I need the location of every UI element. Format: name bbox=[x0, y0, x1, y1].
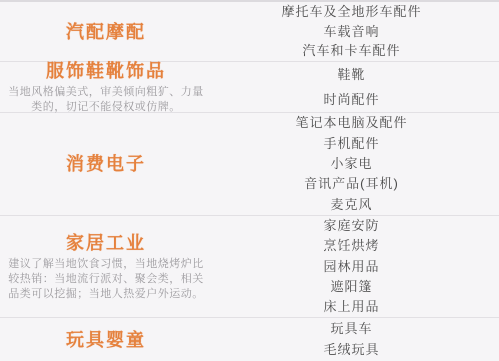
subcategory-row: 毛绒玩具 bbox=[212, 340, 491, 361]
subcategory-label: 床上用品 bbox=[323, 299, 379, 315]
category-table: 汽配摩配 摩托车及全地形车配件 车载音响 汽车和卡车配件 服饰鞋靴饰品 当地风格… bbox=[0, 0, 499, 361]
subcategory-label: 玩具车 bbox=[330, 321, 372, 337]
subcategory-label: 园林用品 bbox=[323, 259, 379, 275]
subcategory-row: 笔记本电脑及配件 bbox=[212, 113, 491, 133]
subcategory-cell: 家庭安防 烹饪烘烤 园林用品 遮阳篷 床上用品 bbox=[212, 216, 499, 317]
subcategory-label: 鞋靴 bbox=[337, 67, 365, 83]
subcategory-row: 床上用品 bbox=[212, 297, 491, 317]
subcategory-cell: 笔记本电脑及配件 手机配件 小家电 音讯产品(耳机) 麦克风 bbox=[212, 113, 499, 215]
category-title: 消费电子 bbox=[66, 153, 146, 175]
subcategory-row: 时尚配件 bbox=[212, 87, 491, 112]
subcategory-row: 车载音响 bbox=[212, 22, 491, 42]
subcategory-label: 毛绒玩具 bbox=[323, 342, 379, 358]
subcategory-row: 遮阳篷 bbox=[212, 277, 491, 297]
category-note: 建议了解当地饮食习惯，当地烧烤炉比较热销：当地流行派对、聚会类，相关品类可以挖掘… bbox=[4, 257, 208, 302]
subcategory-row: 鞋靴 bbox=[212, 62, 491, 87]
subcategory-label: 家庭安防 bbox=[323, 218, 379, 234]
subcategory-row: 小家电 bbox=[212, 154, 491, 174]
subcategory-label: 汽车和卡车配件 bbox=[302, 43, 400, 59]
category-cell: 家居工业 建议了解当地饮食习惯，当地烧烤炉比较热销：当地流行派对、聚会类，相关品… bbox=[0, 216, 212, 317]
subcategory-cell: 玩具车 毛绒玩具 bbox=[212, 318, 499, 361]
category-title: 汽配摩配 bbox=[66, 21, 146, 43]
subcategory-label: 摩托车及全地形车配件 bbox=[281, 4, 421, 20]
subcategory-label: 遮阳篷 bbox=[330, 279, 372, 295]
subcategory-row: 音讯产品(耳机) bbox=[212, 174, 491, 194]
subcategory-row: 家庭安防 bbox=[212, 216, 491, 236]
category-group: 家居工业 建议了解当地饮食习惯，当地烧烤炉比较热销：当地流行派对、聚会类，相关品… bbox=[0, 216, 499, 318]
category-group: 消费电子 笔记本电脑及配件 手机配件 小家电 音讯产品(耳机) 麦克风 bbox=[0, 113, 499, 216]
subcategory-row: 园林用品 bbox=[212, 256, 491, 276]
category-cell: 消费电子 bbox=[0, 113, 212, 215]
category-cell: 玩具婴童 bbox=[0, 318, 212, 361]
subcategory-row: 手机配件 bbox=[212, 133, 491, 153]
category-title: 玩具婴童 bbox=[66, 329, 146, 351]
subcategory-row: 麦克风 bbox=[212, 195, 491, 215]
category-cell: 汽配摩配 bbox=[0, 2, 212, 61]
subcategory-cell: 鞋靴 时尚配件 bbox=[212, 62, 499, 112]
category-note: 当地风格偏美式，审美倾向粗犷、力量类的，切记不能侵权或仿牌。 bbox=[4, 85, 208, 115]
subcategory-row: 摩托车及全地形车配件 bbox=[212, 2, 491, 22]
category-group: 玩具婴童 玩具车 毛绒玩具 bbox=[0, 318, 499, 361]
subcategory-label: 小家电 bbox=[330, 156, 372, 172]
subcategory-row: 汽车和卡车配件 bbox=[212, 41, 491, 61]
category-cell: 服饰鞋靴饰品 当地风格偏美式，审美倾向粗犷、力量类的，切记不能侵权或仿牌。 bbox=[0, 62, 212, 112]
subcategory-cell: 摩托车及全地形车配件 车载音响 汽车和卡车配件 bbox=[212, 2, 499, 61]
subcategory-label: 麦克风 bbox=[330, 197, 372, 213]
category-title: 服饰鞋靴饰品 bbox=[46, 60, 166, 82]
subcategory-label: 时尚配件 bbox=[323, 92, 379, 108]
subcategory-label: 烹饪烘烤 bbox=[323, 238, 379, 254]
subcategory-row: 烹饪烘烤 bbox=[212, 236, 491, 256]
subcategory-label: 音讯产品(耳机) bbox=[304, 176, 399, 192]
category-title: 家居工业 bbox=[66, 232, 146, 254]
subcategory-label: 手机配件 bbox=[323, 136, 379, 152]
subcategory-label: 车载音响 bbox=[323, 24, 379, 40]
category-group: 汽配摩配 摩托车及全地形车配件 车载音响 汽车和卡车配件 bbox=[0, 2, 499, 62]
subcategory-row: 玩具车 bbox=[212, 318, 491, 340]
subcategory-label: 笔记本电脑及配件 bbox=[295, 115, 407, 131]
category-group: 服饰鞋靴饰品 当地风格偏美式，审美倾向粗犷、力量类的，切记不能侵权或仿牌。 鞋靴… bbox=[0, 62, 499, 113]
